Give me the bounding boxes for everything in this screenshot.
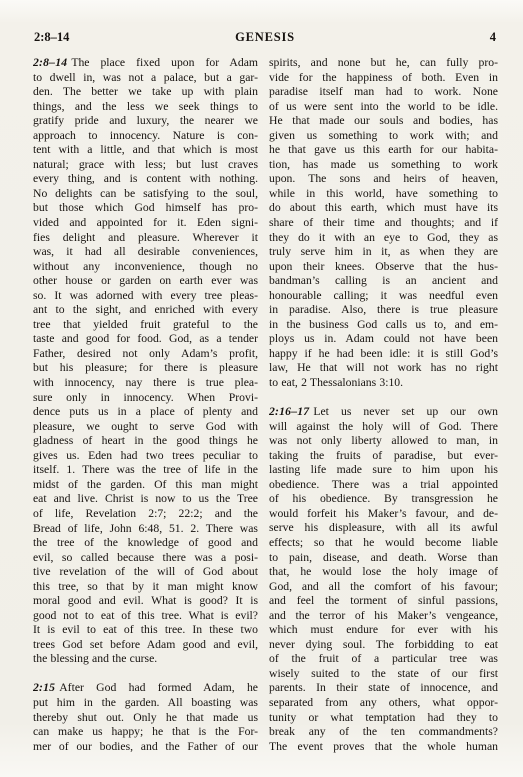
book-page: 2:8–14 GENESIS 4 2:8–14The place fixed u… [0, 0, 523, 777]
paragraph: 2:16–17Let us never set up our ownwill a… [269, 405, 498, 754]
text-line: so. It was adorned with every tree pleas… [33, 289, 258, 304]
text-line: eat and live. Christ is now to us the Tr… [33, 492, 258, 507]
text-line: fies delight and pleasure. Wherever it [33, 231, 258, 246]
running-head: 2:8–14 GENESIS 4 [34, 30, 496, 46]
running-head-book-title: GENESIS [235, 30, 295, 45]
column-right: spirits, and none but he, can fully pro-… [269, 56, 498, 754]
verse-ref: 2:8–14 [33, 56, 71, 69]
text-line: lasting life made sure to him upon his [269, 463, 498, 478]
text-line: gives us. Eden had two trees peculiar to [33, 449, 258, 464]
text-line: that, he would lose the holy image of [269, 565, 498, 580]
text-line: to dwell in, was not a palace, but a gar… [33, 71, 258, 86]
text-line: midst of the garden. Of this man might [33, 478, 258, 493]
text-line: tent with a little, and that which is mo… [33, 143, 258, 158]
text-line: 2:15After God had formed Adam, he [33, 681, 258, 696]
text-line: the tree of the knowledge of good and [33, 536, 258, 551]
text-line: God, and all the comfort of his favour; [269, 580, 498, 595]
text-line: in paradise. Also, there is true pleasur… [269, 303, 498, 318]
text-line: they do it with an eye to God, they as [269, 231, 498, 246]
text-line: of his obedience. By transgression he [269, 492, 498, 507]
paragraph: 2:8–14The place fixed upon for Adamto dw… [33, 56, 258, 667]
text-line: taste and good for food. God, as a tende… [33, 332, 258, 347]
text-line: with innocency, nay there is true plea- [33, 376, 258, 391]
text-line: separated from any others, what oppor- [269, 696, 498, 711]
text-line: obedience. There was a trial appointed [269, 478, 498, 493]
text-line: he that gave us this earth for our habit… [269, 143, 498, 158]
text-line: trees God set before Adam good and evil, [33, 638, 258, 653]
text-line: The event proves that the whole human [269, 740, 498, 755]
text-line: good not to eat of this tree. What is ev… [33, 609, 258, 624]
text-line: was not only liberty allowed to man, in [269, 434, 498, 449]
text-line: tion, has made us something to work [269, 158, 498, 173]
text-line: tunity or what temptation had they to [269, 711, 498, 726]
text-line: do about this earth, which must have its [269, 201, 498, 216]
text-line: wisely suited to the state of our first [269, 667, 498, 682]
text-line: every thing, and is content with nothing… [33, 172, 258, 187]
text-line: upon their knees. Observe that the hus- [269, 260, 498, 275]
text-line: itself. 1. There was the tree of life in… [33, 463, 258, 478]
text-line: moral good and evil. What is good? It is [33, 594, 258, 609]
text-line: No delights can be satisfying to the sou… [33, 187, 258, 202]
text-line: pleasure, we ought to serve God with [33, 420, 258, 435]
text-line: thereby shut out. Only he that made us [33, 711, 258, 726]
text-line: spirits, and none but he, can fully pro- [269, 56, 498, 71]
text-line: happy if he had been idle: it is still G… [269, 347, 498, 362]
text-line: honourable calling; it was needful even [269, 289, 498, 304]
text-line: share of their time and thoughts; and if [269, 216, 498, 231]
text-line: natural; grace with less; but lust crave… [33, 158, 258, 173]
text-line: dence puts us in a place of plenty and [33, 405, 258, 420]
text-line: tive revelation of the will of God about [33, 565, 258, 580]
page-number: 4 [490, 30, 496, 45]
paragraph: spirits, and none but he, can fully pro-… [269, 56, 498, 391]
text-columns: 2:8–14The place fixed upon for Adamto dw… [33, 56, 498, 754]
text-line: ploys us in. Adam could not have been [269, 332, 498, 347]
text-line: sure only in innocency. When Provi- [33, 391, 258, 406]
verse-ref: 2:15 [33, 681, 59, 694]
text-line: without any inconvenience, though no [33, 260, 258, 275]
text-line: to pain, disease, and death. Worse than [269, 551, 498, 566]
text-line: vided and appointed for it. Eden signi- [33, 216, 258, 231]
text-line: can make us happy; he that is the For- [33, 725, 258, 740]
text-line: and the terror of his Maker’s vengeance, [269, 609, 498, 624]
text-line: this tree, so that by it man might know [33, 580, 258, 595]
text-line: things, and the less we seek things to [33, 100, 258, 115]
text-line: gladness of heart in the good things he [33, 434, 258, 449]
text-line: effects; so that he would become liable [269, 536, 498, 551]
text-line: approach to innocency. Nature is con- [33, 129, 258, 144]
text-line: of the fruit of a particular tree was [269, 652, 498, 667]
text-line: evil, so called because there was a posi… [33, 551, 258, 566]
text-line: but his pleasure; for there is pleasure [33, 361, 258, 376]
text-line: which must endure for ever with his [269, 623, 498, 638]
text-line: given us something to work with; and [269, 129, 498, 144]
text-line: never dying soul. The forbidding to eat [269, 638, 498, 653]
text-line: truly serve him in it, as when they are [269, 245, 498, 260]
text-line: tree that yielded fruit grateful to the [33, 318, 258, 333]
text-line: serve his displeasure, with all its awfu… [269, 521, 498, 536]
text-line: parents. In their state of innocence, an… [269, 681, 498, 696]
text-line: vide for the happiness of both. Even in [269, 71, 498, 86]
text-line: bandman’s calling is an ancient and [269, 274, 498, 289]
text-line: He that made our souls and bodies, has [269, 114, 498, 129]
text-line: of life, Revelation 2:7; 22:2; and the [33, 507, 258, 522]
text-line: but those which God himself has pro- [33, 201, 258, 216]
text-line: law, He that will not work has no right [269, 361, 498, 376]
text-line: would forfeit his Maker’s favour, and de… [269, 507, 498, 522]
column-left: 2:8–14The place fixed upon for Adamto dw… [33, 56, 258, 754]
text-line: 2:8–14The place fixed upon for Adam [33, 56, 258, 71]
text-line: taking the fruits of paradise, but ever- [269, 449, 498, 464]
text-line: Bread of life, John 6:48, 51. 2. There w… [33, 522, 258, 537]
text-line: the blessing and the curse. [33, 652, 258, 667]
text-line: mer of our bodies, and the Father of our [33, 740, 258, 755]
text-line: gratify pride and luxury, the nearer we [33, 114, 258, 129]
text-line: of us were sent into the world to be idl… [269, 100, 498, 115]
text-line: paradise itself man had to work. None [269, 85, 498, 100]
verse-ref: 2:16–17 [269, 405, 313, 418]
text-line: while in this world, have something to [269, 187, 498, 202]
text-line: and feel the torment of sinful passions, [269, 594, 498, 609]
text-line: 2:16–17Let us never set up our own [269, 405, 498, 420]
running-head-verse-range: 2:8–14 [34, 30, 69, 45]
text-line: in the business God calls us to, and em- [269, 318, 498, 333]
text-line: other house or garden on earth ever was [33, 274, 258, 289]
text-line: It is evil to eat of this tree. In these… [33, 623, 258, 638]
text-line: will against the holy will of God. There [269, 420, 498, 435]
text-line: Father, desired not only Adam’s profit, [33, 347, 258, 362]
text-line: upon. The sons and heirs of heaven, [269, 172, 498, 187]
text-line: break any of the ten commandments? [269, 725, 498, 740]
text-line: was, it had all desirable conveniences, [33, 245, 258, 260]
paragraph: 2:15After God had formed Adam, heput him… [33, 681, 258, 754]
text-line: to eat, 2 Thessalonians 3:10. [269, 376, 498, 391]
text-line: ant to the sight, and enriched with ever… [33, 303, 258, 318]
text-line: den. The better we take up with plain [33, 85, 258, 100]
text-line: put him in the garden. All boasting was [33, 696, 258, 711]
